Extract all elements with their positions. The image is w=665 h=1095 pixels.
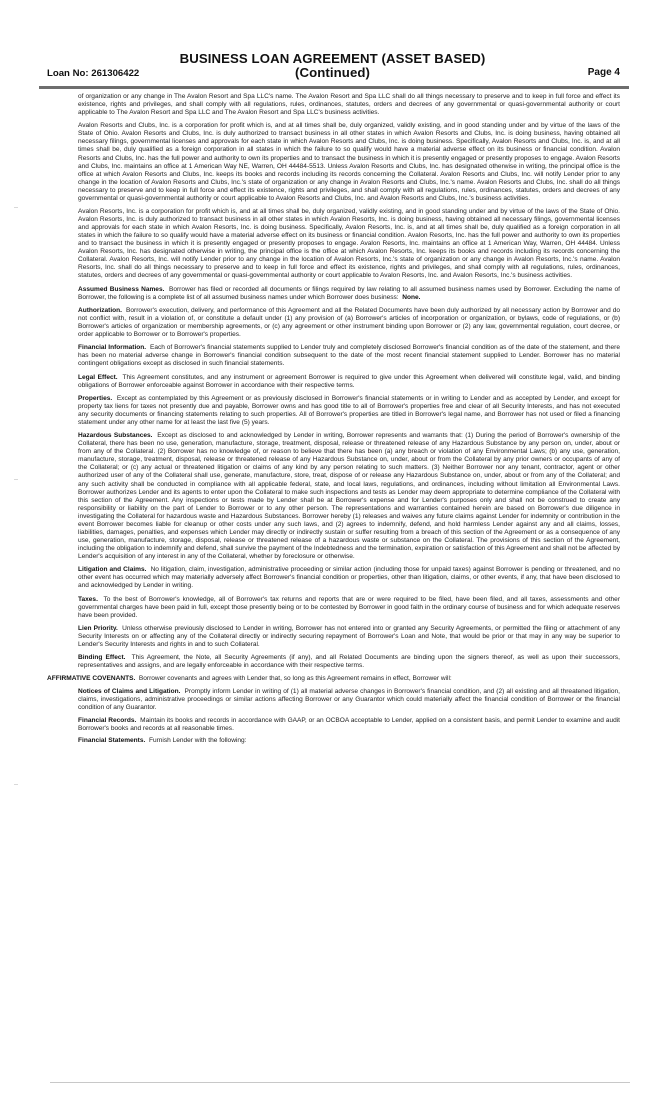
- paragraph-taxes: Taxes. To the best of Borrower's knowled…: [78, 596, 620, 620]
- paragraph-heading: Legal Effect.: [78, 374, 118, 381]
- paragraph-heading: Financial Statements.: [78, 737, 145, 744]
- paragraph-heading: Financial Records.: [78, 717, 136, 724]
- footer-rule: [50, 1082, 630, 1083]
- paragraph-notices-of-claims: Notices of Claims and Litigation. Prompt…: [78, 688, 620, 712]
- paragraph-avalon-resort-spa-continued: of organization or any change in The Ava…: [78, 93, 620, 117]
- paragraph-heading: Properties.: [78, 395, 112, 402]
- paragraph-heading: Assumed Business Names.: [78, 286, 164, 293]
- paragraph-financial-records: Financial Records. Maintain its books an…: [78, 717, 620, 733]
- scan-artifact: [14, 479, 18, 480]
- paragraph-heading: Financial Information.: [78, 344, 146, 351]
- scan-artifact: [14, 784, 18, 785]
- paragraph-authorization: Authorization. Borrower's execution, del…: [78, 307, 620, 339]
- section-affirmative-covenants: AFFIRMATIVE COVENANTS. Borrower covenant…: [47, 675, 620, 683]
- paragraph-legal-effect: Legal Effect. This Agreement constitutes…: [78, 374, 620, 390]
- page-number: Page 4: [588, 67, 620, 78]
- paragraph-heading: Authorization.: [78, 307, 122, 314]
- scan-artifact: [14, 207, 18, 208]
- document-body: of organization or any change in The Ava…: [78, 93, 620, 750]
- paragraph-heading: Hazardous Substances.: [78, 432, 152, 439]
- paragraph-heading: Binding Effect.: [78, 654, 126, 661]
- paragraph-avalon-resorts-inc: Avalon Resorts, Inc. is a corporation fo…: [78, 208, 620, 280]
- paragraph-litigation-and-claims: Litigation and Claims. No litigation, cl…: [78, 566, 620, 590]
- title-line-1: BUSINESS LOAN AGREEMENT (ASSET BASED): [0, 52, 665, 66]
- paragraph-hazardous-substances: Hazardous Substances. Except as disclose…: [78, 432, 620, 561]
- paragraph-binding-effect: Binding Effect. This Agreement, the Note…: [78, 654, 620, 670]
- page-header: BUSINESS LOAN AGREEMENT (ASSET BASED) (C…: [0, 0, 665, 92]
- paragraph-heading: Notices of Claims and Litigation.: [78, 688, 180, 695]
- paragraph-avalon-resorts-clubs: Avalon Resorts and Clubs, Inc. is a corp…: [78, 122, 620, 202]
- header-rule: [39, 86, 629, 89]
- paragraph-lien-priority: Lien Priority. Unless otherwise previous…: [78, 625, 620, 649]
- paragraph-financial-information: Financial Information. Each of Borrower'…: [78, 344, 620, 368]
- paragraph-heading: Taxes.: [78, 596, 98, 603]
- paragraph-financial-statements: Financial Statements. Furnish Lender wit…: [78, 737, 620, 745]
- paragraph-properties: Properties. Except as contemplated by th…: [78, 395, 620, 427]
- paragraph-heading: Lien Priority.: [78, 625, 118, 632]
- loan-number: Loan No: 261306422: [47, 68, 139, 79]
- paragraph-assumed-business-names: Assumed Business Names. Borrower has fil…: [78, 286, 620, 302]
- section-heading: AFFIRMATIVE COVENANTS.: [47, 675, 135, 682]
- paragraph-heading: Litigation and Claims.: [78, 566, 146, 573]
